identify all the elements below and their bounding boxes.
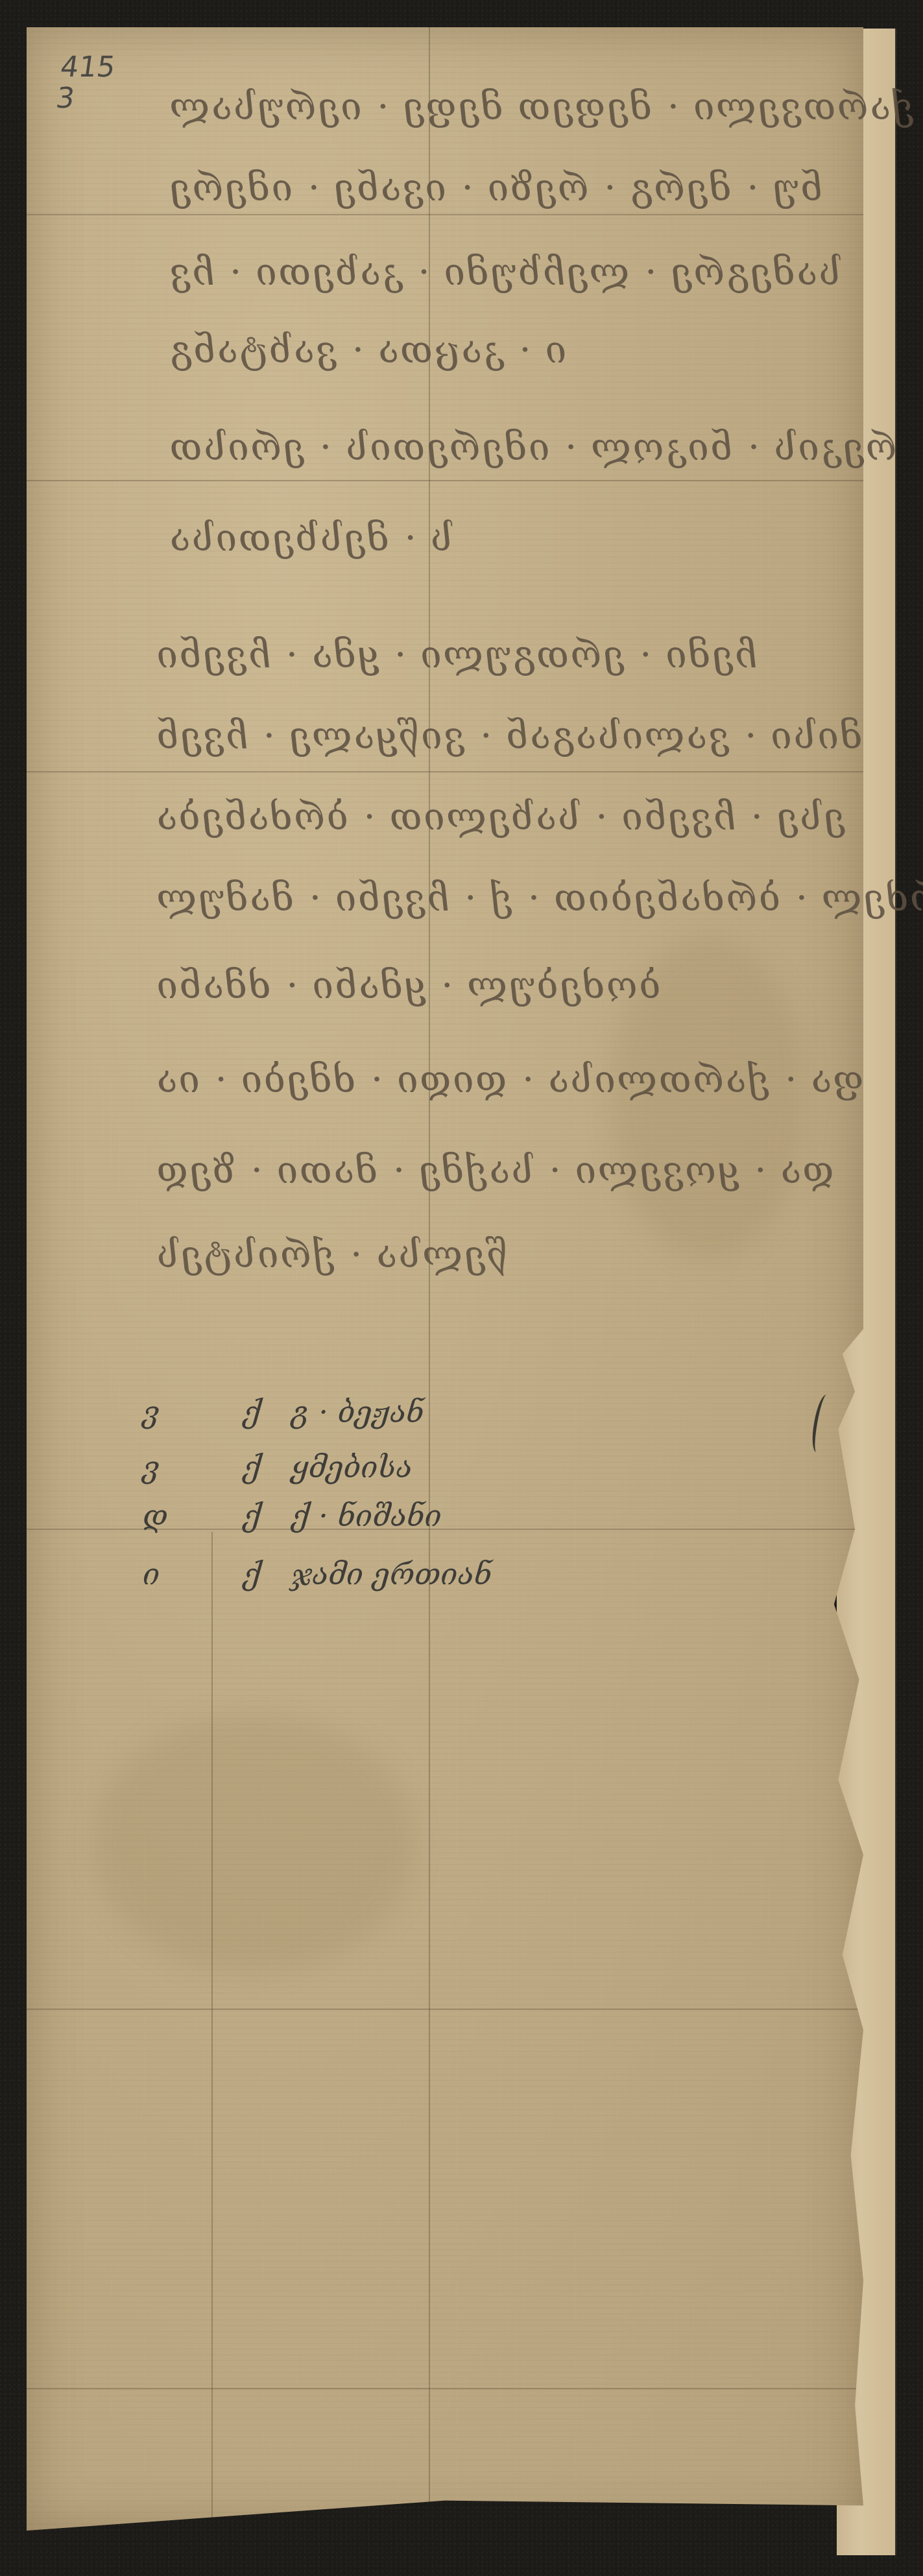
fold-line [27,2388,863,2389]
list-text: ყმებისა [291,1449,412,1485]
text-line: ბოძებულ · ყმანი · ძმანი [152,963,665,1007]
list-abbr: ქ [243,1449,282,1485]
list-text: ჯამი ერთიან [291,1556,492,1592]
list-text: ქ · ნიშანი [291,1498,441,1533]
list-number: ვ [143,1394,234,1429]
text-line: მისი · ვალისაგან · ვიწყალე · ჩვენ [152,713,867,757]
list-number: ვ [143,1449,234,1485]
list-row: ი ქ ჯამი ერთიან [143,1556,492,1592]
folio-number: 415 3 [54,52,117,114]
text-line: ს · მესხეთისა [165,516,457,560]
text-line: რეკის · ნიკოლ · იმერეთის · ერისთ [165,425,902,469]
list-row: დ ქ ქ · ნიშანი [143,1498,442,1533]
list-row: ვ ქ გ · ბეჟან [143,1394,424,1429]
text-line: ნუ · მერგ · რეზი · ივანე · იმერე [165,165,827,209]
fold-line [27,771,863,772]
list-text: გ · ბეჟან [291,1394,424,1429]
text-line: ფა · ქართლისა · დიდი · ძმები · ია [152,1057,869,1101]
folio-number-bottom: 3 [54,83,113,114]
fold-line [27,214,863,215]
list-abbr: ქ [243,1556,282,1592]
list-abbr: ქ [243,1394,282,1429]
fold-line [27,480,863,481]
paper-stain [91,1713,416,1973]
list-number: დ [143,1498,234,1533]
folio-number-top: 415 [58,52,117,83]
text-line: ი · კაცთა · ვახტანგ [165,328,571,372]
text-line: ესე · ჩვენი · სახელით · ბრძანება [152,794,850,839]
text-line: ქართველი · მეფეთ მეფე · იერუსალ [165,84,918,128]
text-line: ჩემი · ერთგული · ყმა · ჩვენი [152,632,761,676]
fold-line [27,2009,863,2010]
text-line: სამეგრე · ლეჩხუმი · კახეთი · ჩვ [165,250,846,294]
text-line: გრძელ · ბრძანებით · ქ · ჩვენი · მამულ [152,876,923,920]
fold-line-vertical [429,27,430,2531]
manuscript-leaf [27,27,863,2531]
list-number: ი [143,1556,234,1592]
text-line: წელსა · ქრისტეს [152,1232,512,1276]
fold-line-vertical [211,1532,213,2531]
list-row: ვ ქ ყმებისა [143,1449,413,1485]
text-line: და · ყოველი · საქმე · მათი · ზედ [152,1148,839,1192]
list-abbr: ქ [243,1498,282,1533]
